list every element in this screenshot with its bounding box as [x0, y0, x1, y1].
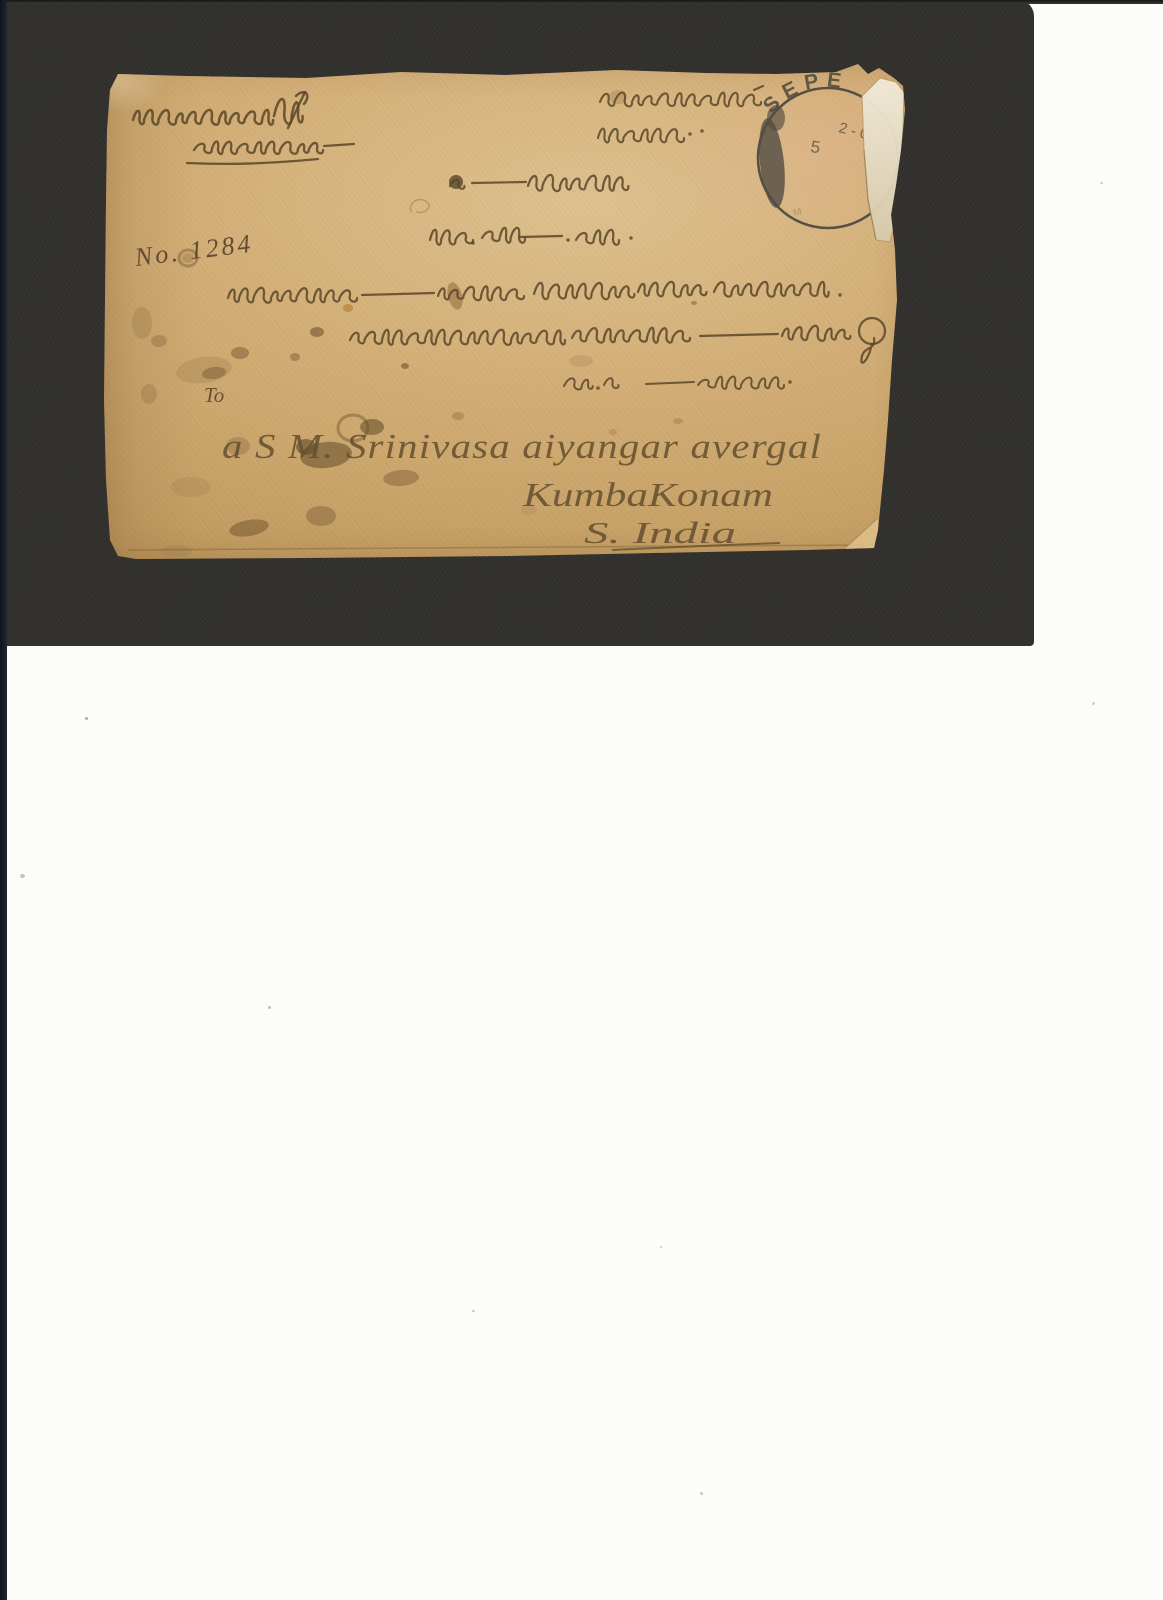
- faint-pencil-curl: [411, 200, 429, 213]
- tamil-script-line: [350, 318, 885, 363]
- dust-speck: [660, 1246, 662, 1248]
- dust-speck: [85, 717, 88, 720]
- paper-stain: [160, 545, 192, 557]
- tamil-script-line: [430, 228, 633, 245]
- tamil-script-line: [228, 282, 842, 303]
- paper-stain: [452, 412, 464, 420]
- tamil-script-line: [449, 175, 628, 191]
- paper-stain: [231, 347, 249, 359]
- paper-stain: [445, 281, 466, 312]
- torn-corner-patch: [862, 78, 904, 242]
- tamil-script-line: [187, 141, 354, 163]
- dust-speck: [20, 874, 25, 878]
- paper-stain: [132, 307, 152, 339]
- dust-speck: [1100, 182, 1103, 184]
- paper-stain: [228, 517, 270, 540]
- paper-stain: [382, 469, 419, 487]
- dust-speck: [700, 1492, 703, 1495]
- paper-stain: [306, 506, 336, 526]
- postmark-smudge: [755, 117, 788, 209]
- envelope-markings: SEPE 2 - 0 5 M No. 1284 To a S M. Sriniv…: [102, 62, 908, 562]
- postmark-numeral: 5: [809, 137, 821, 157]
- paper-stain: [310, 327, 324, 337]
- dust-speck: [1092, 702, 1095, 705]
- postmark-smudge: [767, 105, 785, 131]
- paper-stain: [141, 384, 157, 404]
- black-mount-card: SEPE 2 - 0 5 M No. 1284 To a S M. Sriniv…: [6, 0, 1034, 646]
- paper-stain: [151, 335, 167, 347]
- dust-speck: [472, 1310, 475, 1312]
- dust-speck: [268, 1006, 271, 1009]
- bottom-crease: [128, 545, 864, 550]
- envelope: SEPE 2 - 0 5 M No. 1284 To a S M. Sriniv…: [102, 62, 908, 562]
- postmark-faint-mark: M: [792, 206, 802, 218]
- paper-stain: [401, 363, 409, 369]
- tamil-script-line: [564, 376, 792, 389]
- scan-edge-strip: [0, 0, 7, 1600]
- tamil-script-line: [598, 129, 704, 143]
- paper-stain: [569, 355, 593, 367]
- paper-stain: [171, 477, 211, 497]
- address-line-2: KumbaKonam: [522, 477, 773, 514]
- paper-stain: [343, 304, 353, 312]
- paper-stain: [691, 301, 697, 305]
- paper-stain: [673, 418, 683, 424]
- scan-page: SEPE 2 - 0 5 M No. 1284 To a S M. Sriniv…: [0, 0, 1163, 1600]
- to-label: To: [204, 383, 224, 407]
- scan-edge-top: [0, 0, 1163, 4]
- tamil-script-line: [600, 86, 763, 106]
- tamil-script-line: [133, 92, 307, 128]
- paper-stain: [290, 353, 300, 361]
- address-line-1: a S M. Srinivasa aiyangar avergal: [222, 427, 822, 466]
